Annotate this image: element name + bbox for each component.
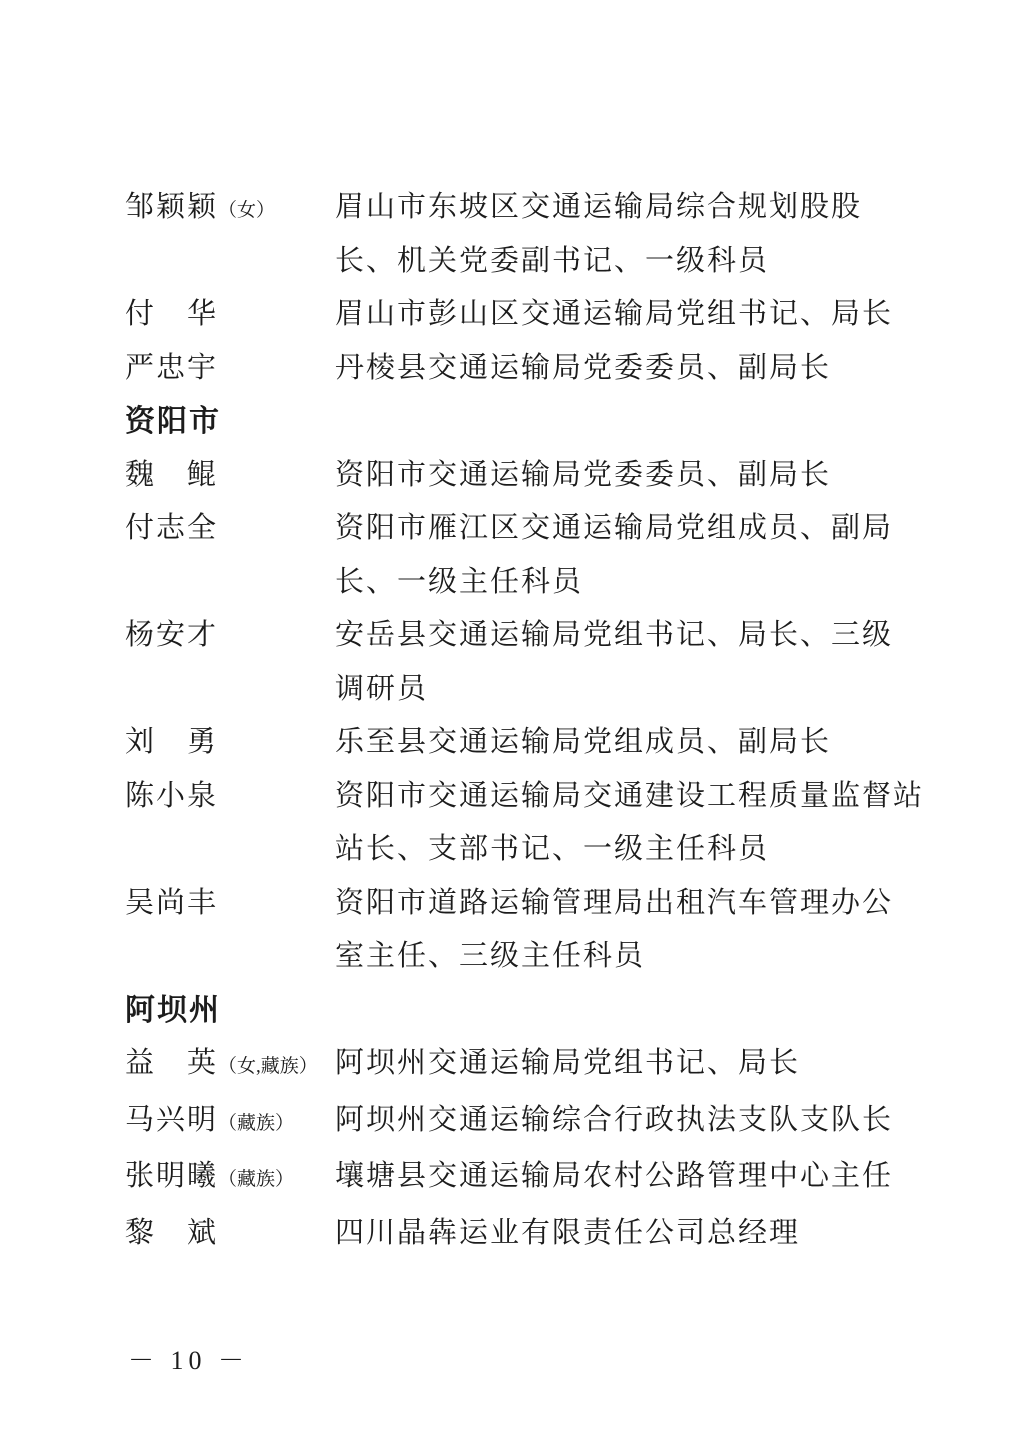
position-line: 资阳市雁江区交通运输局党组成员、副局 xyxy=(335,502,935,556)
position-description: 眉山市彭山区交通运输局党组书记、局长 xyxy=(335,288,935,342)
section-header: 资阳市 xyxy=(125,395,935,449)
position-description: 壤塘县交通运输局农村公路管理中心主任 xyxy=(335,1150,935,1204)
list-item: 严忠宇 丹棱县交通运输局党委委员、副局长 xyxy=(125,342,935,396)
position-description: 资阳市交通运输局交通建设工程质量监督站站长、支部书记、一级主任科员 xyxy=(335,770,935,877)
position-line: 四川晶犇运业有限责任公司总经理 xyxy=(335,1207,935,1261)
position-line: 资阳市道路运输管理局出租汽车管理办公 xyxy=(335,877,935,931)
document-page: 邹颖颖（女） 眉山市东坡区交通运输局综合规划股股长、机关党委副书记、一级科员 付… xyxy=(0,0,1024,1449)
position-description: 资阳市道路运输管理局出租汽车管理办公室主任、三级主任科员 xyxy=(335,877,935,984)
position-line: 阿坝州交通运输综合行政执法支队支队长 xyxy=(335,1094,935,1148)
position-line: 安岳县交通运输局党组书记、局长、三级 xyxy=(335,609,935,663)
person-name-cell: 刘 勇 xyxy=(125,716,335,770)
person-name: 付志全 xyxy=(125,512,218,544)
position-line: 资阳市交通运输局交通建设工程质量监督站 xyxy=(335,770,935,824)
list-item: 陈小泉 资阳市交通运输局交通建设工程质量监督站站长、支部书记、一级主任科员 xyxy=(125,770,935,877)
list-item: 黎 斌 四川晶犇运业有限责任公司总经理 xyxy=(125,1207,935,1261)
person-name: 益 英 xyxy=(125,1047,218,1079)
person-name-cell: 杨安才 xyxy=(125,609,335,663)
page-number: － 10 － xyxy=(128,1340,249,1377)
position-description: 眉山市东坡区交通运输局综合规划股股长、机关党委副书记、一级科员 xyxy=(335,181,935,288)
position-description: 乐至县交通运输局党组成员、副局长 xyxy=(335,716,935,770)
person-annotation: （女） xyxy=(218,200,275,221)
appointment-list: 邹颖颖（女） 眉山市东坡区交通运输局综合规划股股长、机关党委副书记、一级科员 付… xyxy=(125,181,935,1260)
person-name-cell: 吴尚丰 xyxy=(125,877,335,931)
list-item: 杨安才 安岳县交通运输局党组书记、局长、三级调研员 xyxy=(125,609,935,716)
person-name-cell: 魏 鲲 xyxy=(125,449,335,503)
person-name: 黎 斌 xyxy=(125,1217,218,1249)
person-annotation: （女,藏族） xyxy=(218,1056,318,1077)
person-name-cell: 付志全 xyxy=(125,502,335,556)
person-name-cell: 付 华 xyxy=(125,288,335,342)
person-name-cell: 马兴明（藏族） xyxy=(125,1094,335,1151)
position-description: 资阳市交通运输局党委委员、副局长 xyxy=(335,449,935,503)
person-name-cell: 张明曦（藏族） xyxy=(125,1150,335,1207)
person-name-cell: 邹颖颖（女） xyxy=(125,181,335,238)
list-item: 张明曦（藏族） 壤塘县交通运输局农村公路管理中心主任 xyxy=(125,1150,935,1207)
person-name-cell: 陈小泉 xyxy=(125,770,335,824)
position-line: 壤塘县交通运输局农村公路管理中心主任 xyxy=(335,1150,935,1204)
person-name: 魏 鲲 xyxy=(125,459,218,491)
position-description: 阿坝州交通运输局党组书记、局长 xyxy=(335,1037,935,1091)
list-item: 刘 勇 乐至县交通运输局党组成员、副局长 xyxy=(125,716,935,770)
person-name: 张明曦 xyxy=(125,1160,218,1192)
position-description: 资阳市雁江区交通运输局党组成员、副局长、一级主任科员 xyxy=(335,502,935,609)
position-line: 阿坝州交通运输局党组书记、局长 xyxy=(335,1037,935,1091)
position-line: 长、机关党委副书记、一级科员 xyxy=(335,235,935,289)
person-name: 杨安才 xyxy=(125,619,218,651)
position-line: 眉山市彭山区交通运输局党组书记、局长 xyxy=(335,288,935,342)
position-line: 站长、支部书记、一级主任科员 xyxy=(335,823,935,877)
position-description: 丹棱县交通运输局党委委员、副局长 xyxy=(335,342,935,396)
person-name: 付 华 xyxy=(125,298,218,330)
position-line: 调研员 xyxy=(335,663,935,717)
list-item: 吴尚丰 资阳市道路运输管理局出租汽车管理办公室主任、三级主任科员 xyxy=(125,877,935,984)
position-line: 长、一级主任科员 xyxy=(335,556,935,610)
person-name-cell: 益 英（女,藏族） xyxy=(125,1037,335,1094)
person-name: 马兴明 xyxy=(125,1104,218,1136)
list-item: 付志全 资阳市雁江区交通运输局党组成员、副局长、一级主任科员 xyxy=(125,502,935,609)
position-line: 丹棱县交通运输局党委委员、副局长 xyxy=(335,342,935,396)
person-name: 陈小泉 xyxy=(125,780,218,812)
position-description: 四川晶犇运业有限责任公司总经理 xyxy=(335,1207,935,1261)
list-item: 付 华 眉山市彭山区交通运输局党组书记、局长 xyxy=(125,288,935,342)
position-line: 眉山市东坡区交通运输局综合规划股股 xyxy=(335,181,935,235)
person-annotation: （藏族） xyxy=(218,1169,294,1190)
person-name: 吴尚丰 xyxy=(125,887,218,919)
section-header: 阿坝州 xyxy=(125,984,935,1038)
position-description: 安岳县交通运输局党组书记、局长、三级调研员 xyxy=(335,609,935,716)
position-line: 室主任、三级主任科员 xyxy=(335,930,935,984)
position-line: 乐至县交通运输局党组成员、副局长 xyxy=(335,716,935,770)
person-name: 邹颖颖 xyxy=(125,191,218,223)
position-description: 阿坝州交通运输综合行政执法支队支队长 xyxy=(335,1094,935,1148)
position-line: 资阳市交通运输局党委委员、副局长 xyxy=(335,449,935,503)
person-name-cell: 严忠宇 xyxy=(125,342,335,396)
list-item: 魏 鲲 资阳市交通运输局党委委员、副局长 xyxy=(125,449,935,503)
person-name: 严忠宇 xyxy=(125,352,218,384)
person-name-cell: 黎 斌 xyxy=(125,1207,335,1261)
list-item: 邹颖颖（女） 眉山市东坡区交通运输局综合规划股股长、机关党委副书记、一级科员 xyxy=(125,181,935,288)
person-name: 刘 勇 xyxy=(125,726,218,758)
list-item: 马兴明（藏族） 阿坝州交通运输综合行政执法支队支队长 xyxy=(125,1094,935,1151)
person-annotation: （藏族） xyxy=(218,1113,294,1134)
list-item: 益 英（女,藏族） 阿坝州交通运输局党组书记、局长 xyxy=(125,1037,935,1094)
